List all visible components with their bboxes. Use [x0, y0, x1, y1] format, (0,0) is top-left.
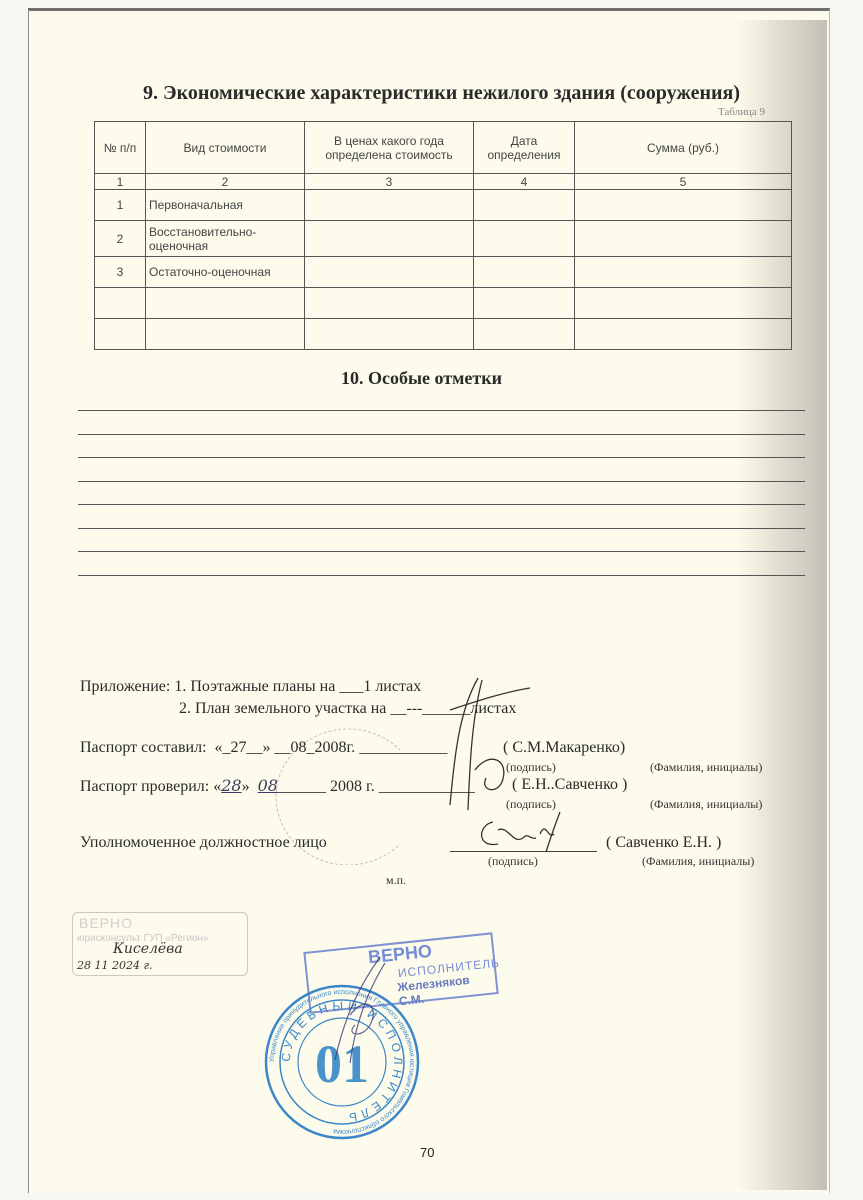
table-row: 2 Восстановительно-оценочная [95, 221, 792, 257]
header-date: Дата определения [474, 122, 575, 174]
row-type: Восстановительно-оценочная [146, 221, 305, 257]
seal-place: м.п. [386, 873, 406, 888]
row-num: 2 [95, 221, 146, 257]
section9-title: 9. Экономические характеристики нежилого… [10, 82, 863, 105]
row-year [305, 221, 474, 257]
section10-title: 10. Особые отметки [0, 368, 853, 389]
verno-faint-date: 28 11 2024 г. [77, 959, 153, 972]
row-sum [575, 257, 792, 288]
row-num: 3 [95, 257, 146, 288]
note-line [78, 481, 805, 482]
official-sign-caption: (подпись) [488, 854, 538, 869]
table-row: 3 Остаточно-оценочная [95, 257, 792, 288]
col-num: 4 [474, 174, 575, 190]
row-type [146, 288, 305, 319]
row-year [305, 319, 474, 350]
row-type: Остаточно-оценочная [146, 257, 305, 288]
col-num: 3 [305, 174, 474, 190]
quote-close: » [242, 778, 250, 795]
official-name-caption: (Фамилия, инициалы) [642, 854, 754, 869]
col-num: 2 [146, 174, 305, 190]
col-num: 1 [95, 174, 146, 190]
checked-day-handwritten: 28 [221, 776, 241, 795]
row-type: Первоначальная [146, 190, 305, 221]
column-numbers-row: 1 2 3 4 5 [95, 174, 792, 190]
header-type: Вид стоимости [146, 122, 305, 174]
signature-makarenko-icon [420, 670, 540, 820]
header-sum: Сумма (руб.) [575, 122, 792, 174]
compiled-name-caption: (Фамилия, инициалы) [650, 760, 762, 775]
table-row: 1 Первоначальная [95, 190, 792, 221]
row-num [95, 319, 146, 350]
note-line [78, 575, 805, 576]
note-line [78, 528, 805, 529]
note-line [78, 457, 805, 458]
row-sum [575, 221, 792, 257]
page-number: 70 [420, 1145, 434, 1160]
faint-round-stamp [270, 725, 400, 865]
row-date [474, 319, 575, 350]
row-date [474, 221, 575, 257]
verno-stamp-faint: ВЕРНО юрисконсульт ГУП «Регион» Киселёва… [72, 912, 248, 976]
note-line [78, 434, 805, 435]
compiled-day: «_27__» [215, 739, 271, 756]
table-header-row: № п/п Вид стоимости В ценах какого года … [95, 122, 792, 174]
official-name: ( Савченко Е.Н. ) [606, 834, 721, 852]
verno-faint-title: ВЕРНО [79, 915, 133, 931]
signature-zheleznyakov-icon [310, 955, 400, 1065]
appendix-line-1: Приложение: 1. Поэтажные планы на ___1 л… [80, 678, 421, 696]
note-line [78, 410, 805, 411]
row-sum [575, 319, 792, 350]
row-year [305, 288, 474, 319]
row-num: 1 [95, 190, 146, 221]
header-num: № п/п [95, 122, 146, 174]
table-row [95, 319, 792, 350]
compiled-label: Паспорт составил: [80, 739, 207, 756]
row-year [305, 190, 474, 221]
row-date [474, 257, 575, 288]
row-date [474, 288, 575, 319]
checked-name-caption: (Фамилия, инициалы) [650, 797, 762, 812]
note-line [78, 551, 805, 552]
row-date [474, 190, 575, 221]
row-num [95, 288, 146, 319]
row-sum [575, 288, 792, 319]
row-type [146, 319, 305, 350]
table-row [95, 288, 792, 319]
col-num: 5 [575, 174, 792, 190]
row-sum [575, 190, 792, 221]
row-year [305, 257, 474, 288]
table-label: Таблица 9 [718, 106, 765, 118]
header-year: В ценах какого года определена стоимость [305, 122, 474, 174]
note-line [78, 504, 805, 505]
verno-faint-handwritten: Киселёва [113, 941, 183, 957]
signature-savchenko-icon [468, 810, 578, 855]
checked-label: Паспорт проверил: [80, 778, 209, 795]
economic-characteristics-table: № п/п Вид стоимости В ценах какого года … [94, 121, 792, 350]
